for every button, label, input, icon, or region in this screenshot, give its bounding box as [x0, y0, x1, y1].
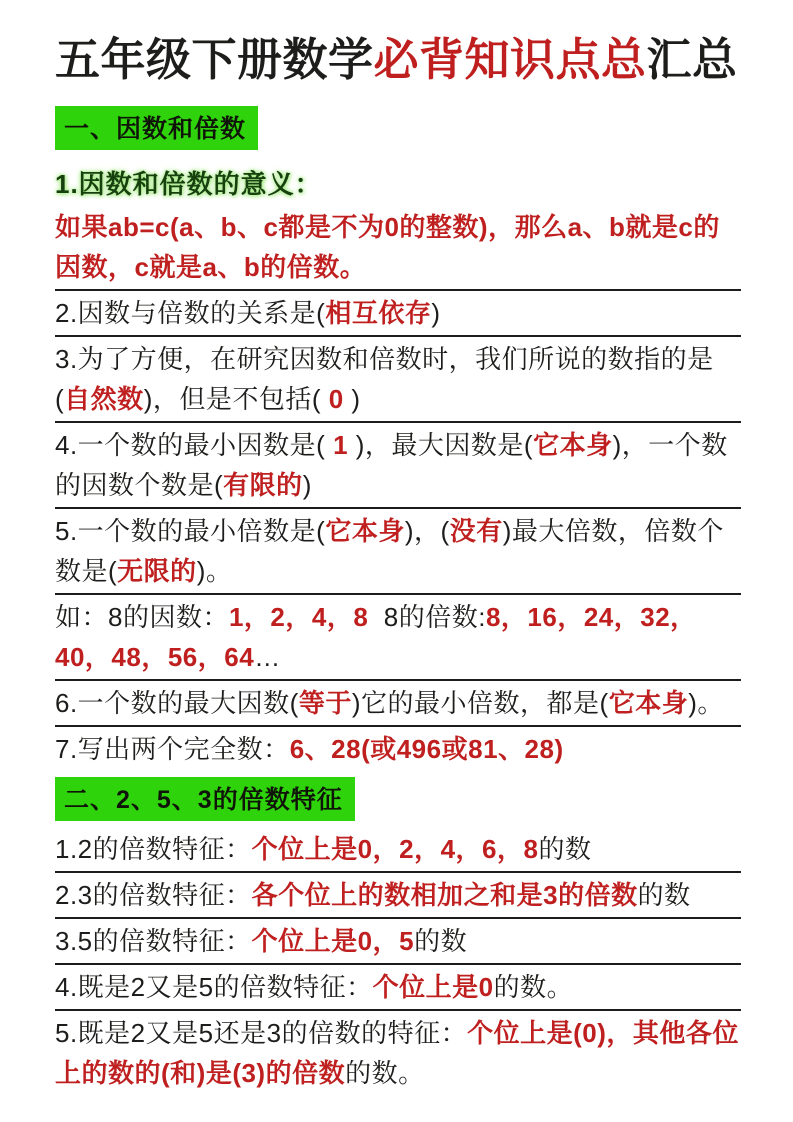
text-segment: 没有 [450, 516, 503, 546]
text-segment: 7.写出两个完全数： [55, 734, 290, 764]
paragraph: 3.为了方便，在研究因数和倍数时，我们所说的数指的是(自然数)，但是不包括( 0… [55, 337, 741, 423]
text-segment: 5.一个数的最小倍数是( [55, 516, 325, 546]
section: 一、因数和倍数1.因数和倍数的意义：如果ab=c(a、b、c都是不为0的整数)，… [55, 100, 741, 771]
text-segment: 1 [333, 430, 348, 460]
text-segment: 的数。 [494, 972, 574, 1002]
text-segment: 如：8的因数： [55, 602, 229, 632]
title-segment: 汇总 [647, 34, 738, 85]
text-segment: )它的最小倍数，都是( [352, 688, 609, 718]
text-segment: … [254, 642, 281, 672]
text-segment: ) [431, 298, 440, 328]
paragraph: 3.5的倍数特征：个位上是0，5的数 [55, 919, 741, 965]
paragraph: 如：8的因数：1，2，4，8 8的倍数:8，16，24，32，40，48，56，… [55, 595, 741, 681]
text-segment: ) [344, 384, 361, 414]
paragraph: 2.因数与倍数的关系是(相互依存) [55, 291, 741, 337]
text-segment: 的数 [638, 880, 691, 910]
paragraph: 1.2的倍数特征：个位上是0，2，4，6，8的数 [55, 827, 741, 873]
text-segment: ) [303, 470, 312, 500]
text-segment: 相互依存 [325, 298, 431, 328]
text-segment: 无限的 [117, 556, 197, 586]
text-segment: 它本身 [609, 688, 689, 718]
section-header: 二、2、5、3的倍数特征 [55, 777, 355, 821]
text-segment: 2.因数与倍数的关系是( [55, 298, 325, 328]
title-segment: 必背知识点总 [374, 34, 647, 85]
text-segment: 自然数 [64, 384, 144, 414]
text-segment: 个位上是0，2，4，6，8 [252, 834, 539, 864]
text-segment: 5.既是2又是5还是3的倍数的特征： [55, 1018, 467, 1048]
section: 二、2、5、3的倍数特征1.2的倍数特征：个位上是0，2，4，6，8的数2.3的… [55, 771, 741, 1095]
text-segment: 个位上是0 [373, 972, 494, 1002]
text-segment: 的数 [414, 926, 467, 956]
paragraph: 4.既是2又是5的倍数特征：个位上是0的数。 [55, 965, 741, 1011]
text-segment: 各个位上的数相加之和是3的倍数 [252, 880, 638, 910]
text-segment: 4.一个数的最小因数是( [55, 430, 333, 460]
text-segment: 的数。 [345, 1058, 425, 1088]
text-segment: 2.3的倍数特征： [55, 880, 252, 910]
text-segment: 1.因数和倍数的意义： [55, 169, 322, 199]
paragraph: 7.写出两个完全数：6、28(或496或81、28) [55, 727, 741, 771]
text-segment: 等于 [299, 688, 352, 718]
document-page: 五年级下册数学必背知识点总汇总 一、因数和倍数1.因数和倍数的意义：如果ab=c… [0, 0, 793, 1122]
text-segment: 如果ab=c(a、b、c都是不为0的整数)，那么a、b就是c的因数，c就是a、b… [55, 212, 720, 282]
text-segment: 有限的 [223, 470, 303, 500]
paragraph: 4.一个数的最小因数是( 1 )，最大因数是(它本身)，一个数的因数个数是(有限… [55, 423, 741, 509]
text-segment: )。 [197, 556, 233, 586]
text-segment: 0 [329, 384, 344, 414]
page-title: 五年级下册数学必背知识点总汇总 [55, 32, 741, 88]
text-segment: 它本身 [325, 516, 405, 546]
text-segment: )。 [688, 688, 724, 718]
text-segment: )，但是不包括( [144, 384, 329, 414]
section-header: 一、因数和倍数 [55, 106, 258, 150]
paragraph: 如果ab=c(a、b、c都是不为0的整数)，那么a、b就是c的因数，c就是a、b… [55, 205, 741, 291]
sub-heading: 1.因数和倍数的意义： [55, 164, 741, 201]
text-segment: 的数 [538, 834, 591, 864]
text-segment: 6、28(或496或81、28) [290, 734, 564, 764]
text-segment: 3.5的倍数特征： [55, 926, 252, 956]
paragraph: 5.既是2又是5还是3的倍数的特征：个位上是(0)，其他各位上的数的(和)是(3… [55, 1011, 741, 1095]
text-segment: 1，2，4，8 [229, 602, 368, 632]
text-segment: 8的倍数: [368, 602, 486, 632]
title-segment: 五年级下册数学 [55, 34, 374, 85]
paragraph: 2.3的倍数特征：各个位上的数相加之和是3的倍数的数 [55, 873, 741, 919]
sections-container: 一、因数和倍数1.因数和倍数的意义：如果ab=c(a、b、c都是不为0的整数)，… [55, 100, 741, 1095]
paragraph: 6.一个数的最大因数(等于)它的最小倍数，都是(它本身)。 [55, 681, 741, 727]
paragraph: 5.一个数的最小倍数是(它本身)，(没有)最大倍数，倍数个数是(无限的)。 [55, 509, 741, 595]
text-segment: 个位上是0，5 [252, 926, 414, 956]
text-segment: )，最大因数是( [348, 430, 533, 460]
text-segment: )，( [405, 516, 450, 546]
text-segment: 它本身 [533, 430, 613, 460]
text-segment: 4.既是2又是5的倍数特征： [55, 972, 373, 1002]
text-segment: 1.2的倍数特征： [55, 834, 252, 864]
text-segment: 6.一个数的最大因数( [55, 688, 299, 718]
